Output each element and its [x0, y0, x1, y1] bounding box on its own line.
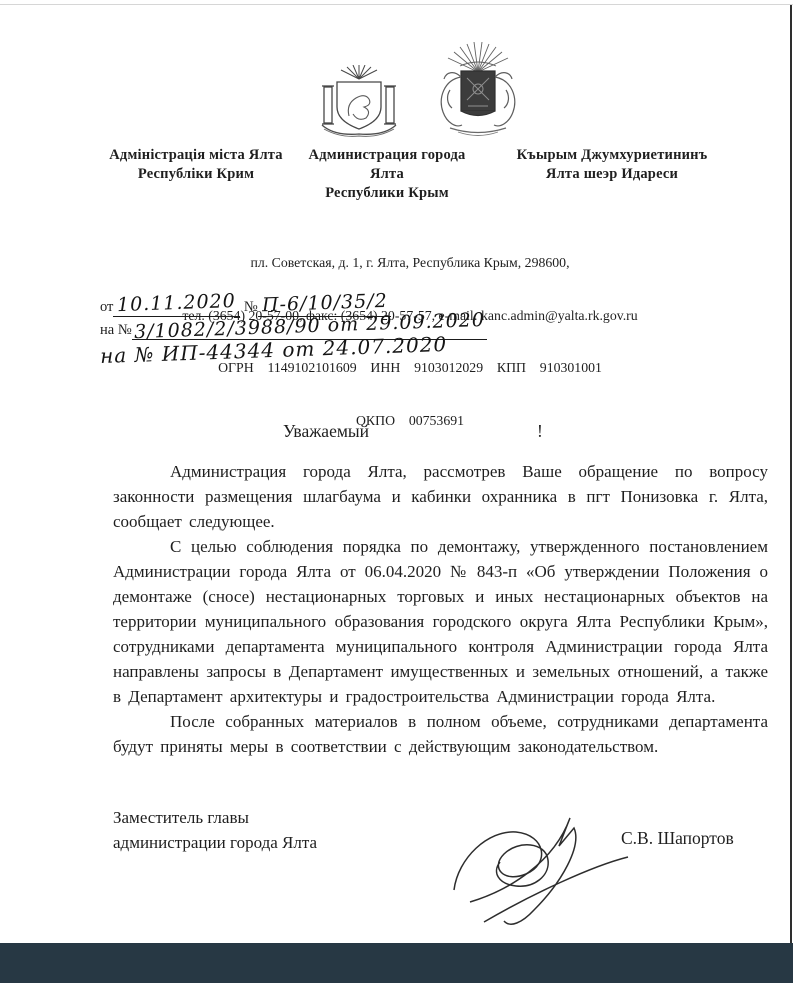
handwritten-signature-icon — [440, 802, 630, 942]
viewer-right-border — [790, 5, 792, 943]
viewer-bottom-bar — [0, 943, 793, 983]
org-name-russian: Администрация города Ялта Республики Кры… — [302, 146, 472, 203]
organization-header: Адміністрація міста Ялта Республіки Крим… — [98, 146, 760, 203]
salutation-word: Уважаемый — [283, 421, 369, 441]
salutation-line: Уважаемый! — [283, 421, 543, 442]
letter-page: Адміністрація міста Ялта Республіки Крим… — [0, 0, 793, 943]
salutation-punct: ! — [537, 421, 543, 441]
org-name-crimean-tatar: Къырым Джумхуриетининъ Ялта шеэр Идареси — [504, 146, 720, 203]
outgoing-date-handwritten: 10.11.2020 — [117, 290, 236, 316]
paragraph-3: После собранных материалов в полном объе… — [113, 709, 768, 759]
emblem-row — [26, 42, 793, 137]
signer-position: Заместитель главы администрации города Я… — [113, 806, 317, 855]
yalta-coat-of-arms-icon — [430, 42, 526, 137]
viewer-top-border — [0, 4, 793, 5]
crimea-coat-of-arms-icon — [320, 65, 398, 137]
number-label: № — [244, 299, 258, 315]
from-label: от — [100, 299, 113, 315]
reference-block: от10.11.2020 №П-6/10/35/2 на №3/1082/2/3… — [100, 294, 520, 363]
org-name-ukrainian: Адміністрація міста Ялта Республіки Крим — [98, 146, 294, 203]
paragraph-2: С целью соблюдения порядка по демонтажу,… — [113, 534, 768, 709]
signature-block: Заместитель главы администрации города Я… — [0, 806, 793, 941]
incoming-reference-line-2: на № ИП-44344 от 24.07.2020 — [100, 340, 520, 363]
contact-address: пл. Советская, д. 1, г. Ялта, Республика… — [70, 254, 750, 272]
reply-label: на № — [100, 322, 132, 338]
letter-body: Администрация города Ялта, рассмотрев Ва… — [113, 459, 768, 759]
paragraph-1: Администрация города Ялта, рассмотрев Ва… — [113, 459, 768, 534]
signer-name: С.В. Шапортов — [621, 828, 734, 849]
